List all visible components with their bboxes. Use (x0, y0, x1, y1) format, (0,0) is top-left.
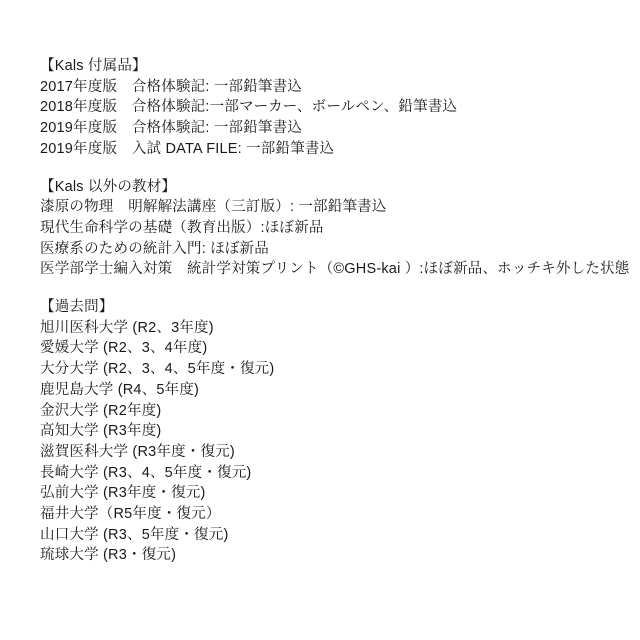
section-past-exams: 【過去問】 旭川医科大学 (R2、3年度) 愛媛大学 (R2、3、4年度) 大分… (40, 297, 612, 566)
section-non-kals-materials: 【Kals 以外の教材】 漆原の物理 明解解法講座（三訂版）: 一部鉛筆書込 現… (40, 177, 612, 281)
item-line: 2018年度版 合格体験記:一部マーカー、ボールペン、鉛筆書込 (40, 97, 612, 118)
item-line: 医療系のための統計入門: ほぼ新品 (40, 239, 612, 260)
item-line: 長崎大学 (R3、4、5年度・復元) (40, 463, 612, 484)
item-line: 医学部学士編入対策 統計学対策プリント（©GHS-kai ）:ほぼ新品、ホッチキ… (40, 259, 612, 280)
item-line: 漆原の物理 明解解法講座（三訂版）: 一部鉛筆書込 (40, 197, 612, 218)
item-line: 現代生命科学の基礎（教育出版）:ほぼ新品 (40, 218, 612, 239)
section-heading: 【Kals 付属品】 (40, 56, 612, 77)
item-line: 愛媛大学 (R2、3、4年度) (40, 338, 612, 359)
section-heading: 【Kals 以外の教材】 (40, 177, 612, 198)
item-line: 滋賀医科大学 (R3年度・復元) (40, 442, 612, 463)
item-line: 大分大学 (R2、3、4、5年度・復元) (40, 359, 612, 380)
item-line: 2019年度版 合格体験記: 一部鉛筆書込 (40, 118, 612, 139)
item-line: 福井大学（R5年度・復元） (40, 504, 612, 525)
item-line: 2019年度版 入試 DATA FILE: 一部鉛筆書込 (40, 139, 612, 160)
item-line: 金沢大学 (R2年度) (40, 401, 612, 422)
item-line: 山口大学 (R3、5年度・復元) (40, 525, 612, 546)
item-line: 2017年度版 合格体験記: 一部鉛筆書込 (40, 77, 612, 98)
item-line: 旭川医科大学 (R2、3年度) (40, 318, 612, 339)
item-line: 弘前大学 (R3年度・復元) (40, 483, 612, 504)
item-line: 琉球大学 (R3・復元) (40, 545, 612, 566)
item-line: 高知大学 (R3年度) (40, 421, 612, 442)
section-heading: 【過去問】 (40, 297, 612, 318)
item-line: 鹿児島大学 (R4、5年度) (40, 380, 612, 401)
product-description-page: 【Kals 付属品】 2017年度版 合格体験記: 一部鉛筆書込 2018年度版… (0, 0, 640, 640)
section-kals-accessories: 【Kals 付属品】 2017年度版 合格体験記: 一部鉛筆書込 2018年度版… (40, 56, 612, 160)
